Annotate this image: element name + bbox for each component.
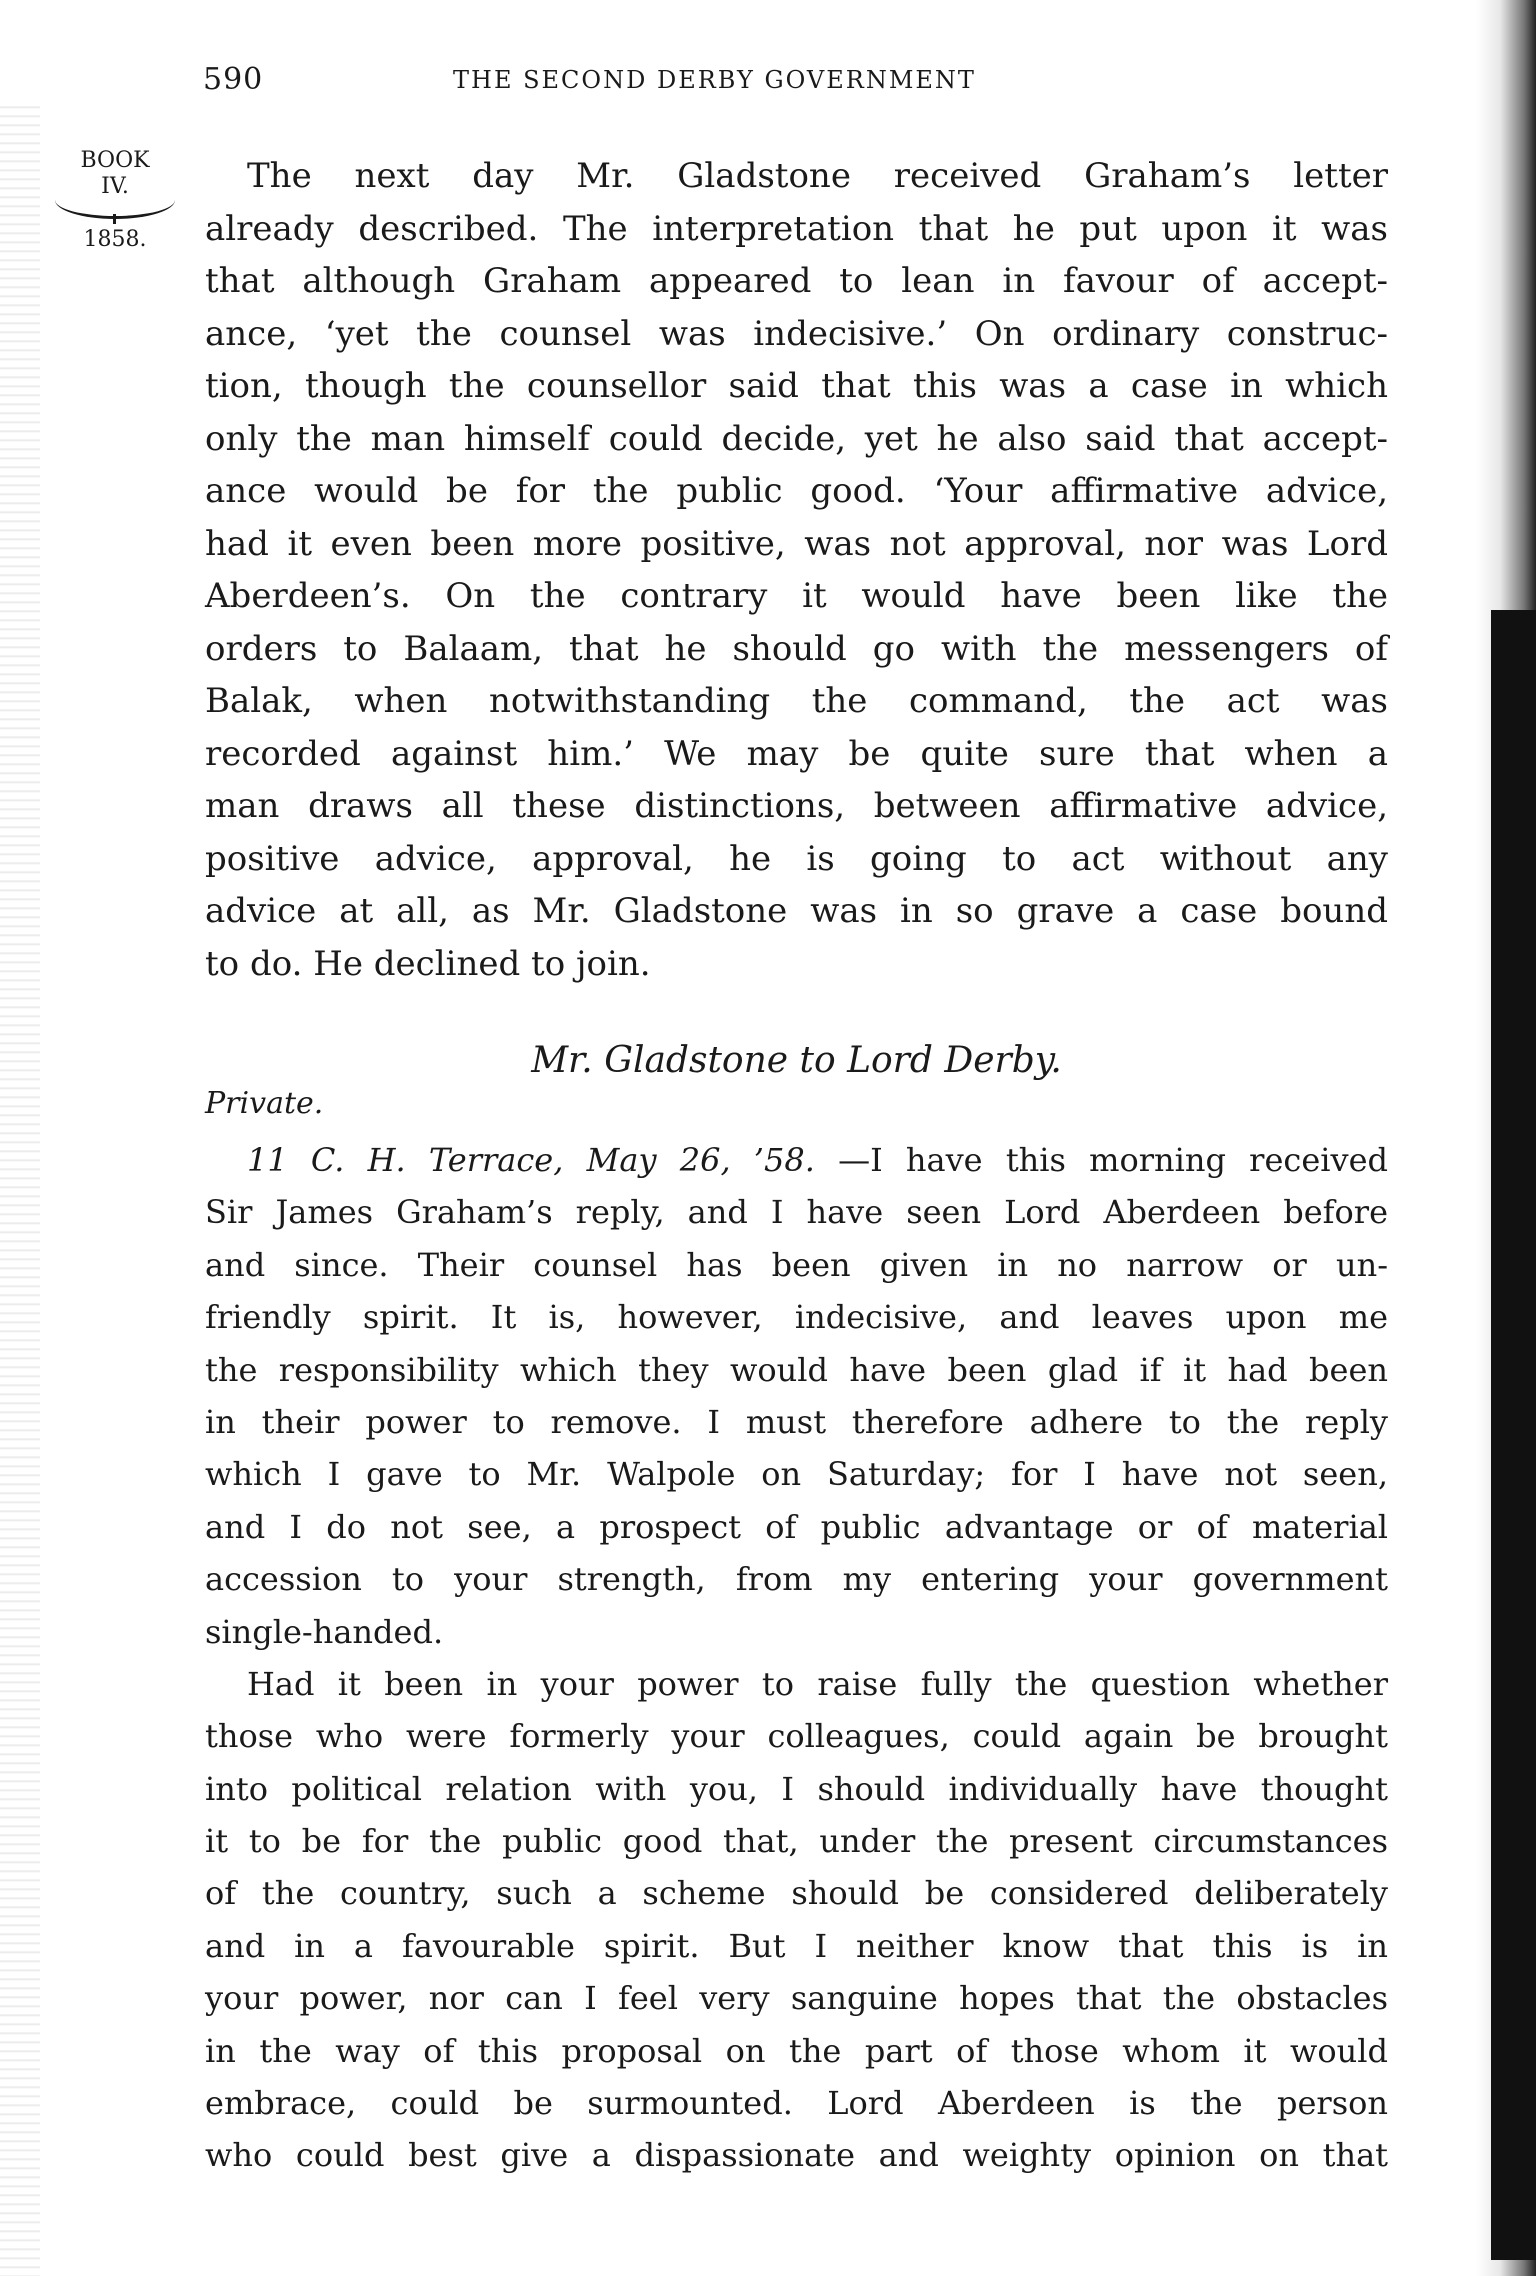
text-line: single-handed. bbox=[205, 1606, 1388, 1658]
right-page-edge-shadow bbox=[1476, 0, 1536, 2276]
text-line: embrace, could be surmounted. Lord Aberd… bbox=[205, 2077, 1388, 2129]
text-line: friendly spirit. It is, however, indecis… bbox=[205, 1291, 1388, 1343]
text-line: the responsibility which they would have… bbox=[205, 1344, 1388, 1396]
text-line: orders to Balaam, that he should go with… bbox=[205, 623, 1388, 676]
text-line: those who were formerly your colleagues,… bbox=[205, 1710, 1388, 1762]
dateline-rest: —I have this morning received bbox=[838, 1141, 1388, 1179]
running-head: 590 THE SECOND DERBY GOVERNMENT bbox=[203, 62, 1388, 102]
brace-icon bbox=[55, 200, 175, 219]
text-line: Sir James Graham’s reply, and I have see… bbox=[205, 1186, 1388, 1238]
text-line: your power, nor can I feel very sanguine… bbox=[205, 1972, 1388, 2024]
text-line: Aberdeen’s. On the contrary it would hav… bbox=[205, 570, 1388, 623]
text-line: had it even been more positive, was not … bbox=[205, 518, 1388, 571]
text-line: to do. He declined to join. bbox=[205, 938, 1388, 991]
text-line: tion, though the counsellor said that th… bbox=[205, 360, 1388, 413]
binding-shadow bbox=[1491, 610, 1536, 2260]
text-line: that although Graham appeared to lean in… bbox=[205, 255, 1388, 308]
letter-body: 11 C. H. Terrace, May 26, ’58. —I have t… bbox=[205, 1134, 1388, 2182]
book-page: 590 THE SECOND DERBY GOVERNMENT BOOK IV.… bbox=[0, 0, 1536, 2276]
text-line: of the country, such a scheme should be … bbox=[205, 1867, 1388, 1919]
text-line: who could best give a dispassionate and … bbox=[205, 2129, 1388, 2181]
text-line: recorded against him.’ We may be quite s… bbox=[205, 728, 1388, 781]
text-line: The next day Mr. Gladstone received Grah… bbox=[205, 150, 1388, 203]
letter-private-label: Private. bbox=[205, 1082, 323, 1126]
margin-book: BOOK bbox=[45, 148, 185, 174]
letter-heading: Mr. Gladstone to Lord Derby. bbox=[205, 1035, 1388, 1087]
text-line: ance would be for the public good. ‘Your… bbox=[205, 465, 1388, 518]
running-title: THE SECOND DERBY GOVERNMENT bbox=[453, 66, 976, 94]
margin-year: 1858. bbox=[45, 227, 185, 253]
text-line: Balak, when notwithstanding the command,… bbox=[205, 675, 1388, 728]
text-line: ance, ‘yet the counsel was indecisive.’ … bbox=[205, 308, 1388, 361]
text-line: which I gave to Mr. Walpole on Saturday;… bbox=[205, 1448, 1388, 1500]
text-line: in their power to remove. I must therefo… bbox=[205, 1396, 1388, 1448]
text-line: advice at all, as Mr. Gladstone was in s… bbox=[205, 885, 1388, 938]
text-line: and in a favourable spirit. But I neithe… bbox=[205, 1920, 1388, 1972]
left-page-edge bbox=[0, 100, 40, 2276]
text-line: and I do not see, a prospect of public a… bbox=[205, 1501, 1388, 1553]
paragraph-1: The next day Mr. Gladstone received Grah… bbox=[205, 150, 1388, 990]
text-line: it to be for the public good that, under… bbox=[205, 1815, 1388, 1867]
text-line: into political relation with you, I shou… bbox=[205, 1763, 1388, 1815]
text-line: accession to your strength, from my ente… bbox=[205, 1553, 1388, 1605]
text-line: man draws all these distinctions, betwee… bbox=[205, 780, 1388, 833]
dateline-place-date: 11 C. H. Terrace, May 26, ’58. bbox=[247, 1141, 815, 1179]
margin-note: BOOK IV. 1858. bbox=[45, 148, 185, 253]
text-line: and since. Their counsel has been given … bbox=[205, 1239, 1388, 1291]
text-line: only the man himself could decide, yet h… bbox=[205, 413, 1388, 466]
letter-dateline: 11 C. H. Terrace, May 26, ’58. —I have t… bbox=[205, 1134, 1388, 1186]
text-line: Had it been in your power to raise fully… bbox=[205, 1658, 1388, 1710]
text-line: positive advice, approval, he is going t… bbox=[205, 833, 1388, 886]
text-line: in the way of this proposal on the part … bbox=[205, 2025, 1388, 2077]
margin-volume: IV. bbox=[45, 174, 185, 200]
page-number: 590 bbox=[203, 62, 263, 97]
text-line: already described. The interpretation th… bbox=[205, 203, 1388, 256]
